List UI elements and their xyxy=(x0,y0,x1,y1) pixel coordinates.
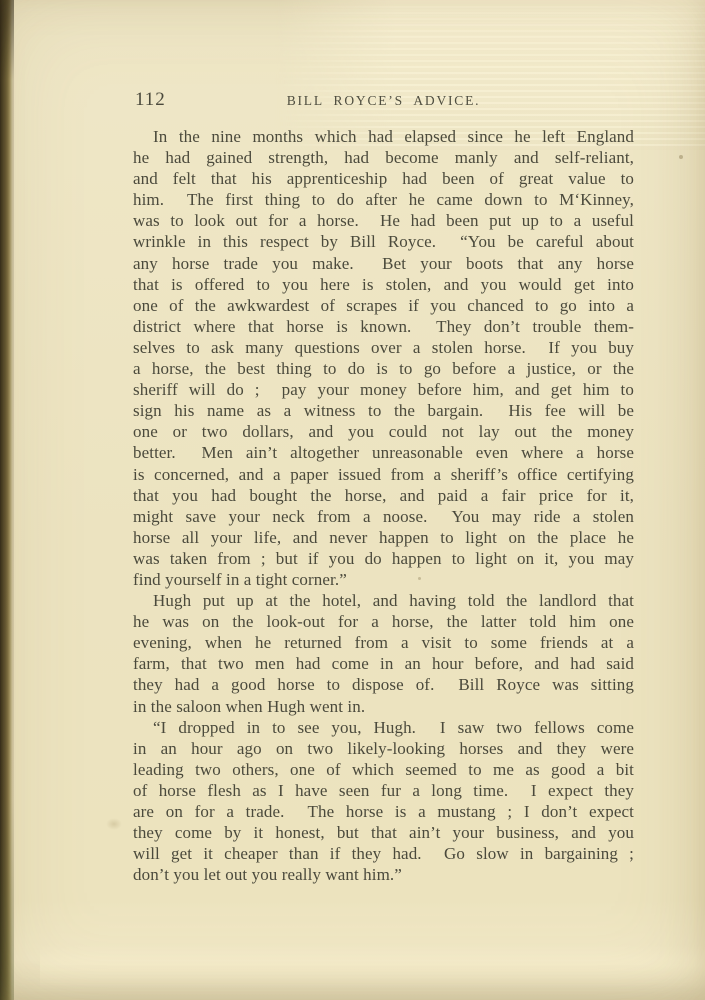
page-header: 112 BILL ROYCE’S ADVICE. xyxy=(133,89,634,113)
text-line: district where that horse is known. They… xyxy=(133,316,634,337)
text-line: of horse flesh as I have seen fur a long… xyxy=(133,780,634,801)
text-line: leading two others, one of which seemed … xyxy=(133,759,634,780)
text-line: they had a good horse to dispose of. Bil… xyxy=(133,674,634,695)
book-page-scan: 112 BILL ROYCE’S ADVICE. In the nine mon… xyxy=(0,0,705,1000)
page-text: In the nine months which had elapsed sin… xyxy=(133,126,634,885)
text-line: was to look out for a horse. He had been… xyxy=(133,210,634,231)
text-line: horse all your life, and never happen to… xyxy=(133,527,634,548)
text-line: In the nine months which had elapsed sin… xyxy=(133,126,634,147)
text-line: “I dropped in to see you, Hugh. I saw tw… xyxy=(133,717,634,738)
text-line: are on for a trade. The horse is a musta… xyxy=(133,801,634,822)
text-line: he had gained strength, had become manly… xyxy=(133,147,634,168)
text-line: one or two dollars, and you could not la… xyxy=(133,421,634,442)
page-edge-sheen-bottom xyxy=(40,945,705,990)
text-line: don’t you let out you really want him.” xyxy=(133,864,634,885)
binding-edge xyxy=(0,0,14,1000)
text-line: was taken from ; but if you do happen to… xyxy=(133,548,634,569)
text-line: is concerned, and a paper issued from a … xyxy=(133,464,634,485)
paper-smudge xyxy=(106,818,122,830)
text-line: sign his name as a witness to the bargai… xyxy=(133,400,634,421)
text-line: and felt that his apprenticeship had bee… xyxy=(133,168,634,189)
text-line: he was on the look-out for a horse, the … xyxy=(133,611,634,632)
text-line: in an hour ago on two likely-looking hor… xyxy=(133,738,634,759)
paper-speck xyxy=(679,155,683,159)
paragraph: In the nine months which had elapsed sin… xyxy=(133,126,634,590)
text-line: in the saloon when Hugh went in. xyxy=(133,696,634,717)
text-line: they come by it honest, but that ain’t y… xyxy=(133,822,634,843)
paragraph: “I dropped in to see you, Hugh. I saw tw… xyxy=(133,717,634,886)
text-line: one of the awkwardest of scrapes if you … xyxy=(133,295,634,316)
text-line: sheriff will do ; pay your money before … xyxy=(133,379,634,400)
text-line: him. The first thing to do after he came… xyxy=(133,189,634,210)
text-line: will get it cheaper than if they had. Go… xyxy=(133,843,634,864)
text-line: farm, that two men had come in an hour b… xyxy=(133,653,634,674)
text-line: a horse, the best thing to do is to go b… xyxy=(133,358,634,379)
text-line: that you had bought the horse, and paid … xyxy=(133,485,634,506)
text-line: might save your neck from a noose. You m… xyxy=(133,506,634,527)
text-line: wrinkle in this respect by Bill Royce. “… xyxy=(133,231,634,252)
paragraph: Hugh put up at the hotel, and having tol… xyxy=(133,590,634,717)
text-line: any horse trade you make. Bet your boots… xyxy=(133,253,634,274)
text-line: Hugh put up at the hotel, and having tol… xyxy=(133,590,634,611)
running-title: BILL ROYCE’S ADVICE. xyxy=(133,93,634,109)
text-line: evening, when he returned from a visit t… xyxy=(133,632,634,653)
text-line: better. Men ain’t altogether unreasonabl… xyxy=(133,442,634,463)
text-line: find yourself in a tight corner.” xyxy=(133,569,634,590)
text-line: selves to ask many questions over a stol… xyxy=(133,337,634,358)
text-line: that is offered to you here is stolen, a… xyxy=(133,274,634,295)
